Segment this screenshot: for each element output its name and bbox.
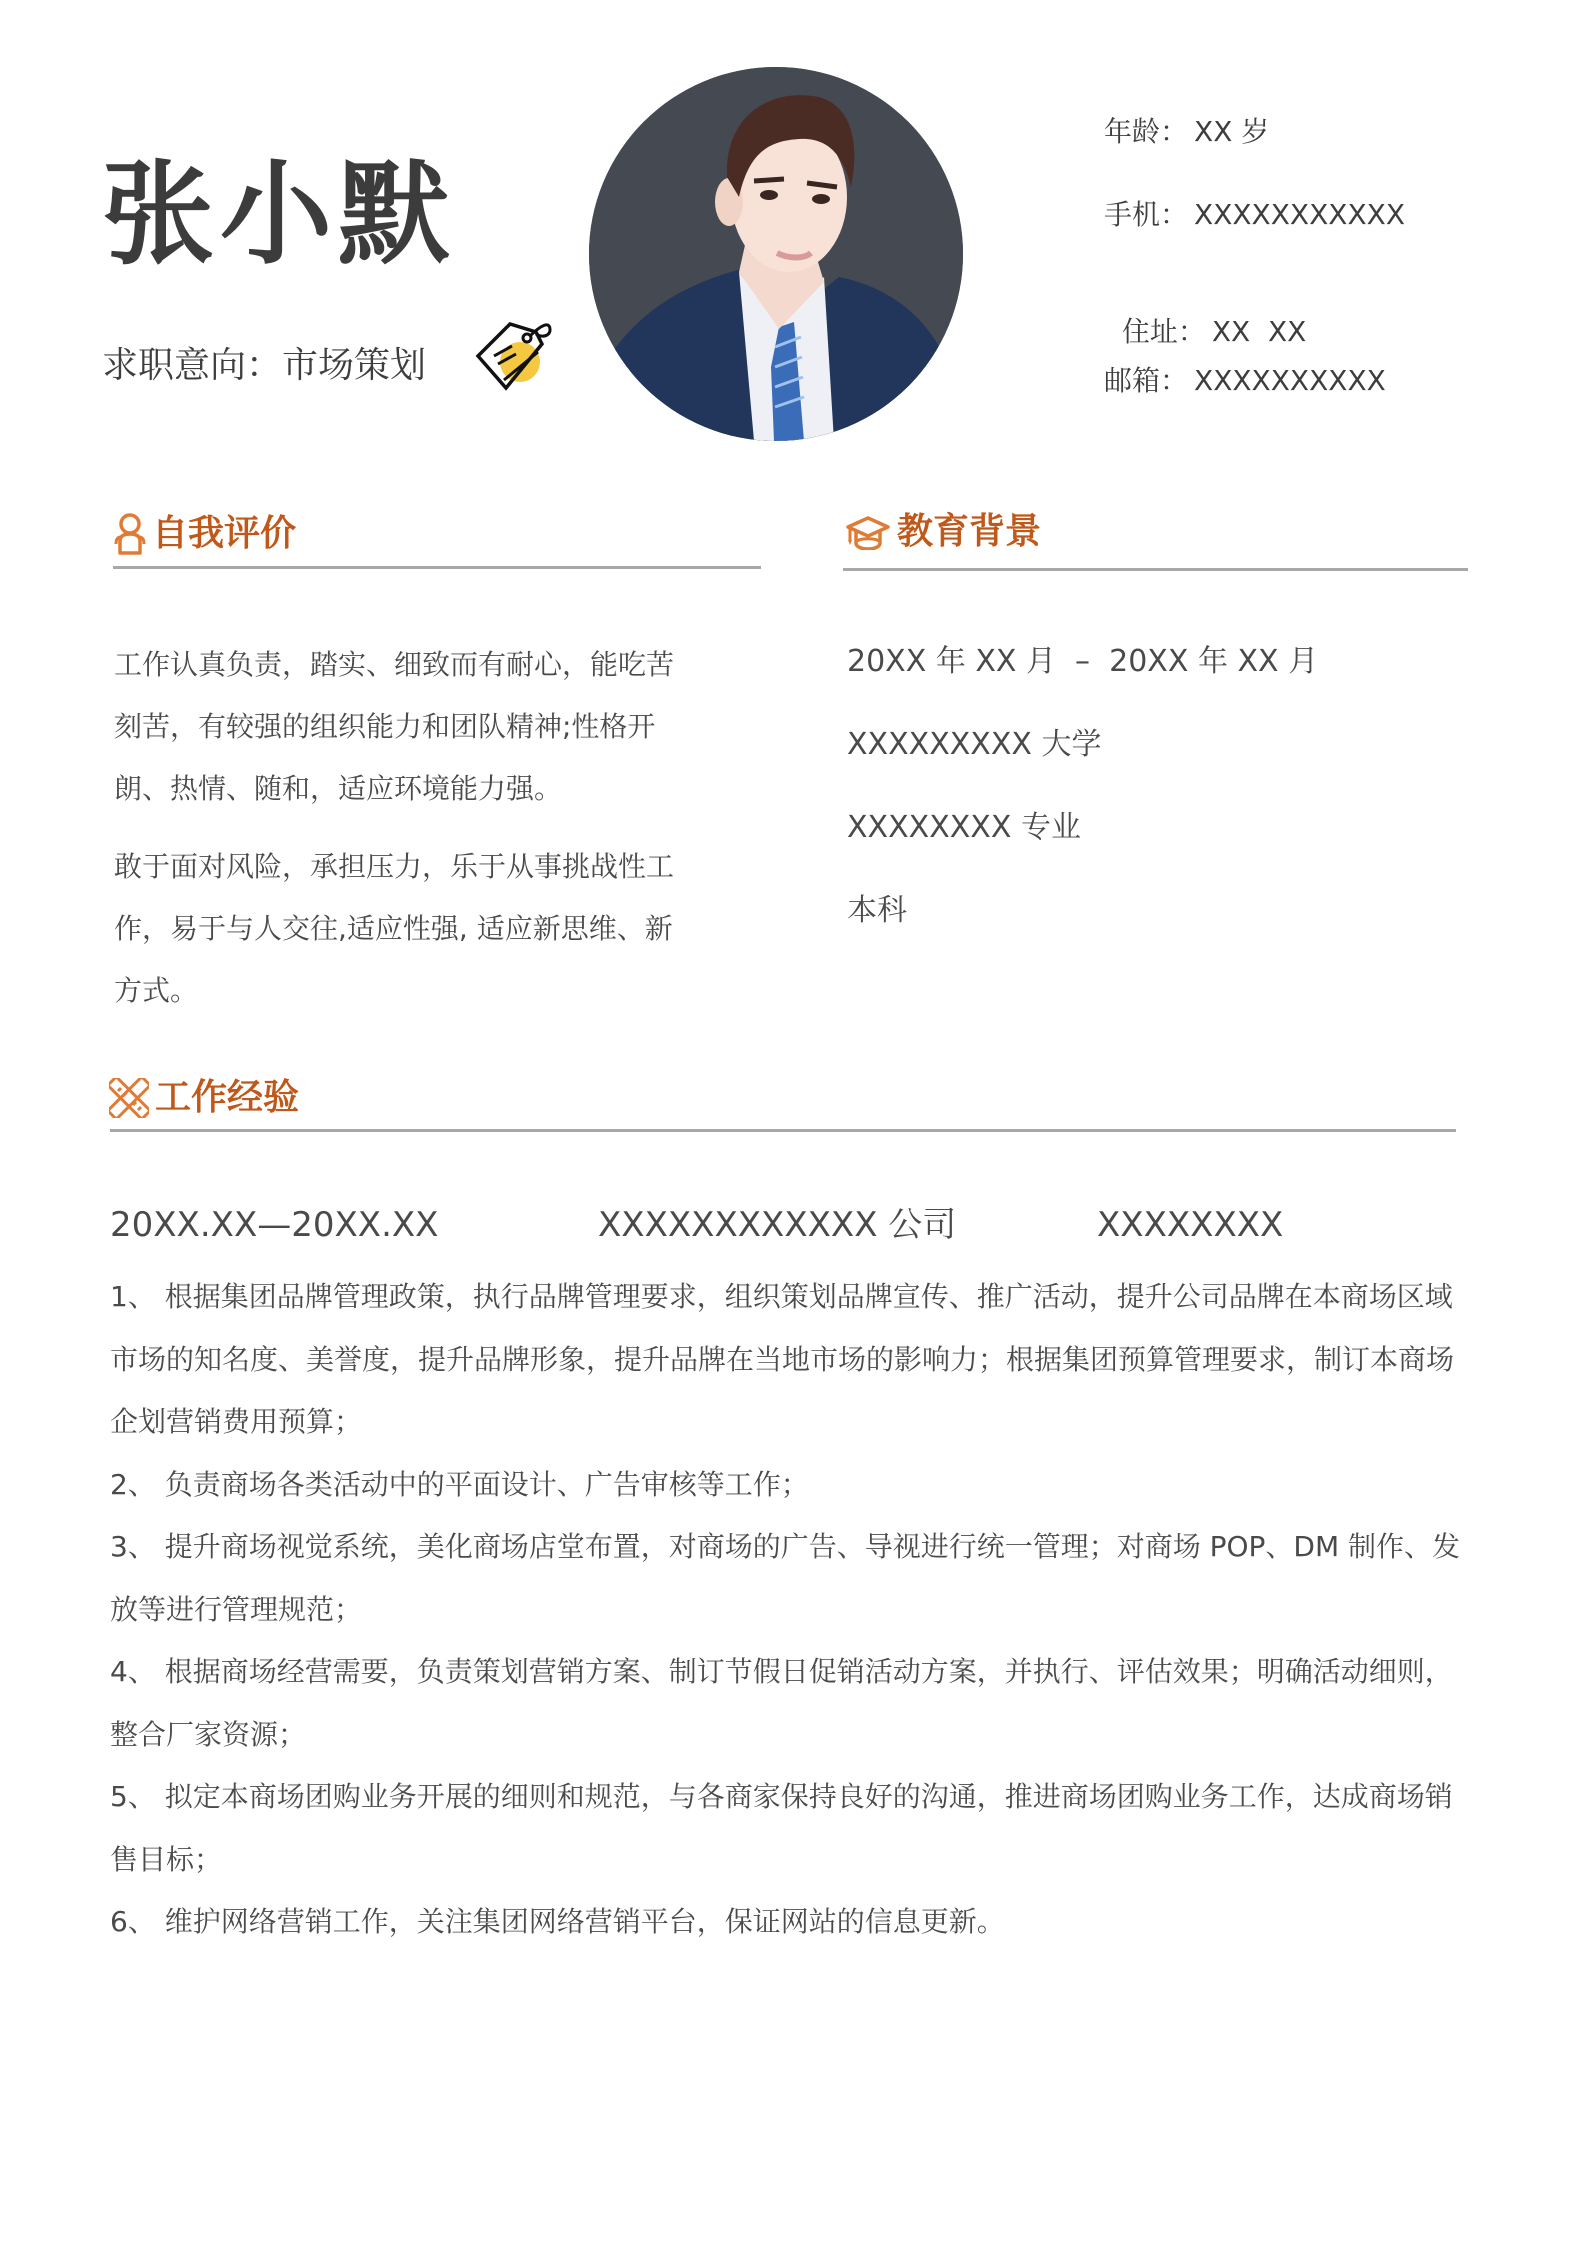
work-divider bbox=[110, 1129, 1456, 1132]
avatar bbox=[589, 67, 963, 441]
self-eval-divider bbox=[113, 566, 761, 569]
contact-phone: 手机：XXXXXXXXXXX bbox=[1104, 198, 1405, 232]
age-label: 年龄： bbox=[1104, 115, 1188, 148]
user-icon bbox=[114, 513, 146, 555]
phone-value: XXXXXXXXXXX bbox=[1194, 198, 1405, 231]
job-duties: 1、 根据集团品牌管理政策，执行品牌管理要求，组织策划品牌宣传、推广活动，提升公… bbox=[110, 1266, 1470, 1954]
duty-item: 2、 负责商场各类活动中的平面设计、广告审核等工作； bbox=[110, 1454, 1470, 1517]
self-eval-paragraph-2: 敢于面对风险，承担压力，乐于从事挑战性工作，易于与人交往,适应性强, 适应新思维… bbox=[114, 836, 674, 1022]
job-intent-value: 市场策划 bbox=[282, 345, 426, 386]
duty-item: 6、 维护网络营销工作，关注集团网络营销平台，保证网站的信息更新。 bbox=[110, 1891, 1470, 1954]
job-position: XXXXXXXX bbox=[1097, 1205, 1283, 1245]
work-heading: 工作经验 bbox=[109, 1076, 299, 1120]
contact-email: 邮箱：XXXXXXXXXX bbox=[1104, 364, 1386, 398]
education-title: 教育背景 bbox=[897, 510, 1041, 554]
duty-item: 5、 拟定本商场团购业务开展的细则和规范，与各商家保持良好的沟通，推进商场团购业… bbox=[110, 1766, 1470, 1891]
email-label: 邮箱： bbox=[1104, 364, 1188, 397]
duty-item: 4、 根据商场经营需要，负责策划营销方案、制订节假日促销活动方案，并执行、评估效… bbox=[110, 1641, 1470, 1766]
job-period: 20XX.XX—20XX.XX bbox=[110, 1205, 438, 1245]
pencil-ruler-icon bbox=[109, 1078, 149, 1118]
education-major: XXXXXXXX 专业 bbox=[847, 808, 1081, 848]
job-intent: 求职意向：市场策划 bbox=[102, 344, 426, 388]
address-value: XX XX bbox=[1212, 315, 1307, 348]
phone-label: 手机： bbox=[1104, 198, 1188, 231]
duty-item: 1、 根据集团品牌管理政策，执行品牌管理要求，组织策划品牌宣传、推广活动，提升公… bbox=[110, 1266, 1470, 1454]
education-school: XXXXXXXXX 大学 bbox=[847, 725, 1102, 765]
duty-item: 3、 提升商场视觉系统，美化商场店堂布置，对商场的广告、导视进行统一管理；对商场… bbox=[110, 1516, 1470, 1641]
age-value: XX 岁 bbox=[1194, 115, 1269, 148]
work-title: 工作经验 bbox=[155, 1076, 299, 1120]
contact-address: 住址：XX XX bbox=[1104, 281, 1306, 349]
education-period: 20XX 年 XX 月 – 20XX 年 XX 月 bbox=[847, 642, 1318, 682]
contact-age: 年龄：XX 岁 bbox=[1104, 115, 1269, 149]
price-tag-icon bbox=[470, 310, 560, 400]
graduation-cap-icon bbox=[845, 514, 891, 550]
address-label: 住址： bbox=[1122, 315, 1206, 348]
education-heading: 教育背景 bbox=[845, 510, 1041, 554]
self-eval-title: 自我评价 bbox=[152, 512, 296, 556]
self-eval-paragraph-1: 工作认真负责，踏实、细致而有耐心，能吃苦刻苦，有较强的组织能力和团队精神;性格开… bbox=[114, 634, 674, 820]
job-company: XXXXXXXXXXXX 公司 bbox=[598, 1205, 956, 1245]
education-divider bbox=[843, 568, 1468, 571]
job-intent-label: 求职意向： bbox=[102, 345, 282, 386]
candidate-name: 张小默 bbox=[102, 150, 456, 280]
education-degree: 本科 bbox=[847, 891, 907, 931]
self-eval-heading: 自我评价 bbox=[114, 512, 296, 556]
email-value: XXXXXXXXXX bbox=[1194, 364, 1386, 397]
